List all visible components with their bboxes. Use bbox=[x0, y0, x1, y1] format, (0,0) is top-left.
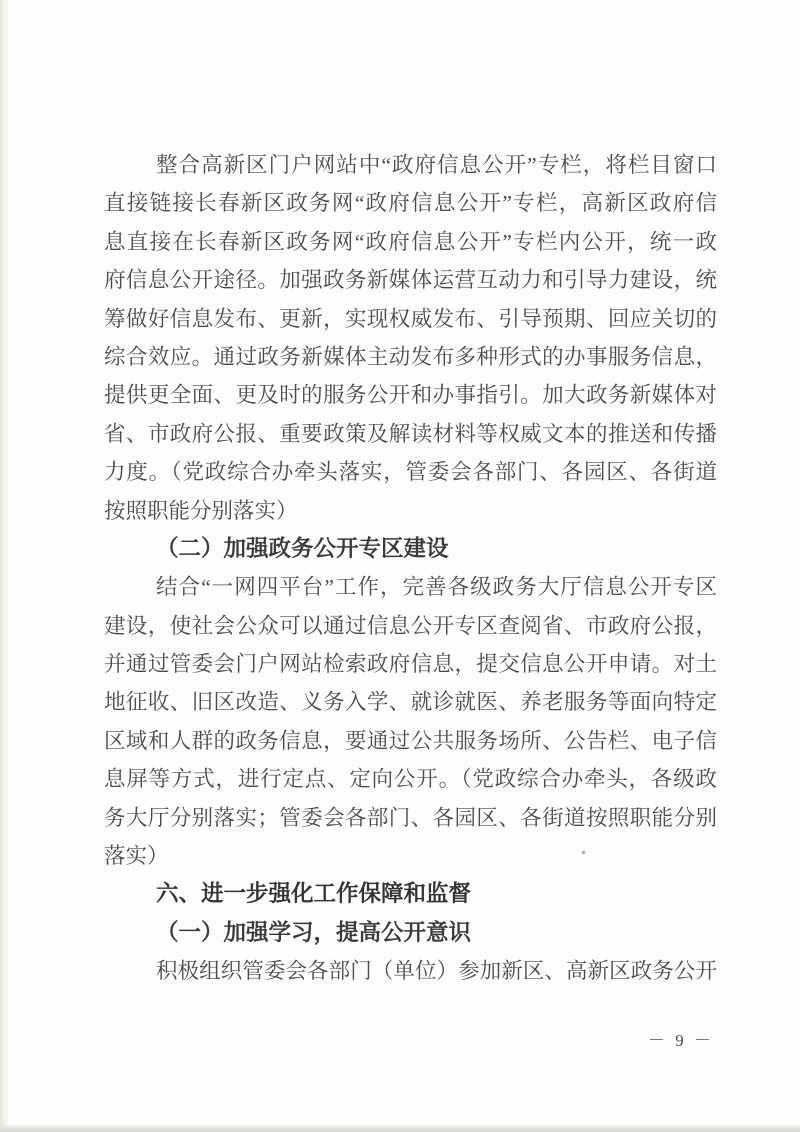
section-heading-sub: （二）加强政务公开专区建设 bbox=[104, 530, 717, 568]
paragraph-line: 府信息公开途径。加强政务新媒体运营互动力和引导力建设，统 bbox=[104, 261, 717, 299]
paragraph-line: 地征收、旧区改造、义务入学、就诊就医、养老服务等面向特定 bbox=[104, 683, 717, 721]
paragraph-line: 区域和人群的政务信息，要通过公共服务场所、公告栏、电子信 bbox=[104, 722, 717, 760]
paragraph-line: 积极组织管委会各部门（单位）参加新区、高新区政务公开 bbox=[104, 952, 717, 990]
paragraph-line: 整合高新区门户网站中“政府信息公开”专栏，将栏目窗口 bbox=[104, 146, 717, 184]
paragraph-line: 落实） bbox=[104, 837, 717, 875]
paragraph-line: 息直接在长春新区政务网“政府信息公开”专栏内公开，统一政 bbox=[104, 223, 717, 261]
paragraph-line: 按照职能分别落实） bbox=[104, 492, 717, 530]
paragraph-line: 建设，使社会公众可以通过信息公开专区查阅省、市政府公报， bbox=[104, 607, 717, 645]
document-page: 整合高新区门户网站中“政府信息公开”专栏，将栏目窗口 直接链接长春新区政务网“政… bbox=[0, 0, 800, 1132]
paragraph-line: 省、市政府公报、重要政策及解读材料等权威文本的推送和传播 bbox=[104, 415, 717, 453]
page-number: － 9 － bbox=[648, 1026, 714, 1051]
paragraph-line: 综合效应。通过政务新媒体主动发布多种形式的办事服务信息， bbox=[104, 338, 717, 376]
paragraph-line: 结合“一网四平台”工作，完善各级政务大厅信息公开专区 bbox=[104, 568, 717, 606]
scan-edge-bottom-artifact bbox=[0, 1124, 800, 1132]
paragraph-line: 力度。（党政综合办牵头落实，管委会各部门、各园区、各街道 bbox=[104, 453, 717, 491]
section-heading-main: 六、进一步强化工作保障和监督 bbox=[104, 875, 717, 913]
paragraph-line: 并通过管委会门户网站检索政府信息，提交信息公开申请。对土 bbox=[104, 645, 717, 683]
paragraph-line: 息屏等方式，进行定点、定向公开。（党政综合办牵头，各级政 bbox=[104, 760, 717, 798]
paragraph-line: 筹做好信息发布、更新，实现权威发布、引导预期、回应关切的 bbox=[104, 300, 717, 338]
document-text-block: 整合高新区门户网站中“政府信息公开”专栏，将栏目窗口 直接链接长春新区政务网“政… bbox=[104, 146, 717, 991]
section-heading-sub: （一）加强学习，提高公开意识 bbox=[104, 914, 717, 952]
paragraph-line: 直接链接长春新区政务网“政府信息公开”专栏，高新区政府信 bbox=[104, 184, 717, 222]
paragraph-line: 提供更全面、更及时的服务公开和办事指引。加大政务新媒体对 bbox=[104, 376, 717, 414]
paragraph-line: 务大厅分别落实；管委会各部门、各园区、各街道按照职能分别 bbox=[104, 799, 717, 837]
scan-edge-left-artifact bbox=[0, 0, 10, 1132]
